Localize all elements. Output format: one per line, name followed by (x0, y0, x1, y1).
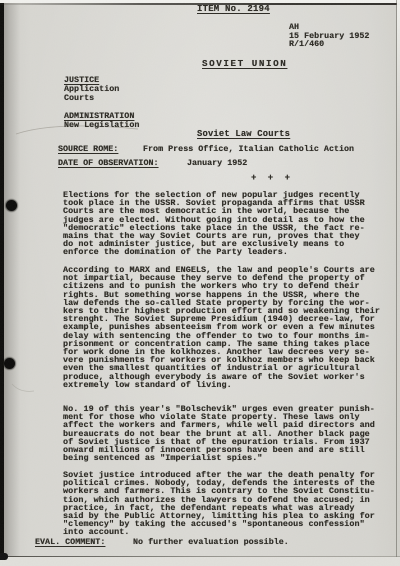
subject-category-justice: JUSTICEApplication Courts (64, 76, 119, 103)
date-of-observation-value: January 1952 (187, 158, 247, 168)
subject-category-administration: ADMINISTRATIONNew Legislation (64, 112, 139, 130)
scanned-document-page: ITEM No. 2194 AH 15 February 1952 R/1/46… (0, 0, 400, 566)
body-paragraph: No. 19 of this year's "Bolschevik" urges… (63, 405, 375, 462)
body-paragraph: Soviet justice introduced after the war … (63, 471, 375, 537)
source-value: From Press Office, Italian Catholic Acti… (143, 144, 354, 154)
source-label: SOURCE ROME: (58, 144, 118, 154)
subject-lines: Application Courts (64, 84, 119, 103)
date-of-observation-label: DATE OF OBSERVATION: (58, 158, 159, 168)
item-number: ITEM No. 2194 (197, 4, 270, 14)
subject-lines: New Legislation (64, 120, 139, 130)
report-title: Soviet Law Courts (197, 129, 290, 139)
eval-comment-value: No further evaluation possible. (133, 537, 289, 547)
reference-block: AH 15 February 1952 R/1/460 (289, 23, 369, 49)
country-heading: SOVIET UNION (202, 58, 287, 69)
body-paragraph: According to MARX and ENGELS, the law an… (63, 266, 380, 389)
section-separator: + + + (251, 173, 293, 183)
document-content: ITEM No. 2194 AH 15 February 1952 R/1/46… (0, 0, 400, 566)
body-paragraph: Elections for the selection of new popul… (63, 191, 365, 257)
eval-comment-label: EVAL. COMMENT: (35, 537, 105, 547)
